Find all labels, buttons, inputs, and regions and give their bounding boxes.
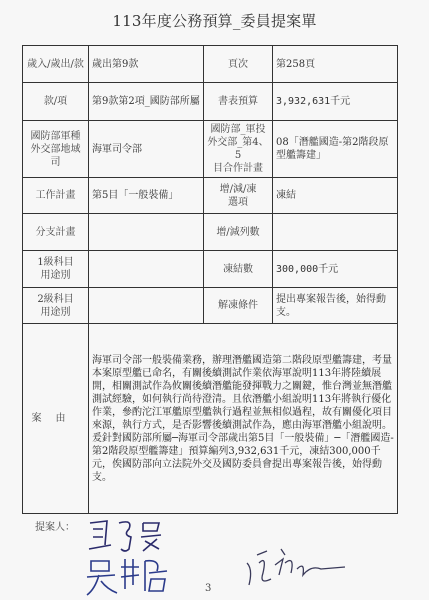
proposal-form-table: 歲入/歲出/款 歲出第9款 頁次 第258頁 款/項 第9款第2項_國防部所屬 … (22, 45, 398, 514)
field-label: 歲入/歲出/款 (23, 46, 89, 83)
field-label: 書表預算 (204, 83, 273, 121)
field-value (89, 251, 204, 288)
field-label: 國防部_軍投 外交部_第4、5 目合作計畫 (204, 121, 273, 178)
field-value: 凍結 (273, 178, 398, 214)
field-label: 頁次 (204, 46, 273, 83)
signature-3 (245, 545, 355, 595)
reason-row: 案由 海軍司令部一般裝備業務，辦理潛艦國造第二階段原型艦籌建，考量本案原型艦已命… (23, 324, 398, 514)
field-value: 第9款第2項_國防部所屬 (89, 83, 204, 121)
field-value: 第5目「一般裝備」 (89, 178, 204, 214)
signature-1 (85, 515, 175, 555)
form-row: 工作計畫 第5目「一般裝備」 增/減/凍 選項 凍結 (23, 178, 398, 214)
field-label: 分支計畫 (23, 214, 89, 251)
field-label: 1級科目 用途別 (23, 251, 89, 288)
field-value: 歲出第9款 (89, 46, 204, 83)
field-value: 300,000千元 (273, 251, 398, 288)
proposer-label: 提案人： (35, 518, 75, 533)
page-number: 3 (205, 583, 211, 594)
form-row: 款/項 第9款第2項_國防部所屬 書表預算 3,932,631千元 (23, 83, 398, 121)
field-value (273, 214, 398, 251)
field-value: 08「潛艦國造-第2階段原型艦籌建」 (273, 121, 398, 178)
field-value: 提出專案報告後，始得動支。 (273, 288, 398, 324)
field-label: 工作計畫 (23, 178, 89, 214)
field-value: 第258頁 (273, 46, 398, 83)
field-label: 增/減/凍 選項 (204, 178, 273, 214)
field-label: 2級科目 用途別 (23, 288, 89, 324)
field-value: 海軍司令部 (89, 121, 204, 178)
field-label: 款/項 (23, 83, 89, 121)
reason-text: 海軍司令部一般裝備業務，辦理潛艦國造第二階段原型艦籌建，考量本案原型艦已命名，有… (89, 324, 398, 514)
form-row: 國防部軍種 外交部地域司 海軍司令部 國防部_軍投 外交部_第4、5 目合作計畫… (23, 121, 398, 178)
field-value (89, 288, 204, 324)
signature-2 (85, 555, 195, 597)
field-label: 解凍條件 (204, 288, 273, 324)
form-row: 歲入/歲出/款 歲出第9款 頁次 第258頁 (23, 46, 398, 83)
reason-label: 案由 (23, 324, 89, 514)
form-row: 分支計畫 增/減列數 (23, 214, 398, 251)
form-row: 2級科目 用途別 解凍條件 提出專案報告後，始得動支。 (23, 288, 398, 324)
field-value: 3,932,631千元 (273, 83, 398, 121)
document-title: 113年度公務預算_委員提案單 (0, 10, 429, 31)
field-label: 國防部軍種 外交部地域司 (23, 121, 89, 178)
form-row: 1級科目 用途別 凍結數 300,000千元 (23, 251, 398, 288)
field-value (89, 214, 204, 251)
field-label: 增/減列數 (204, 214, 273, 251)
field-label: 凍結數 (204, 251, 273, 288)
